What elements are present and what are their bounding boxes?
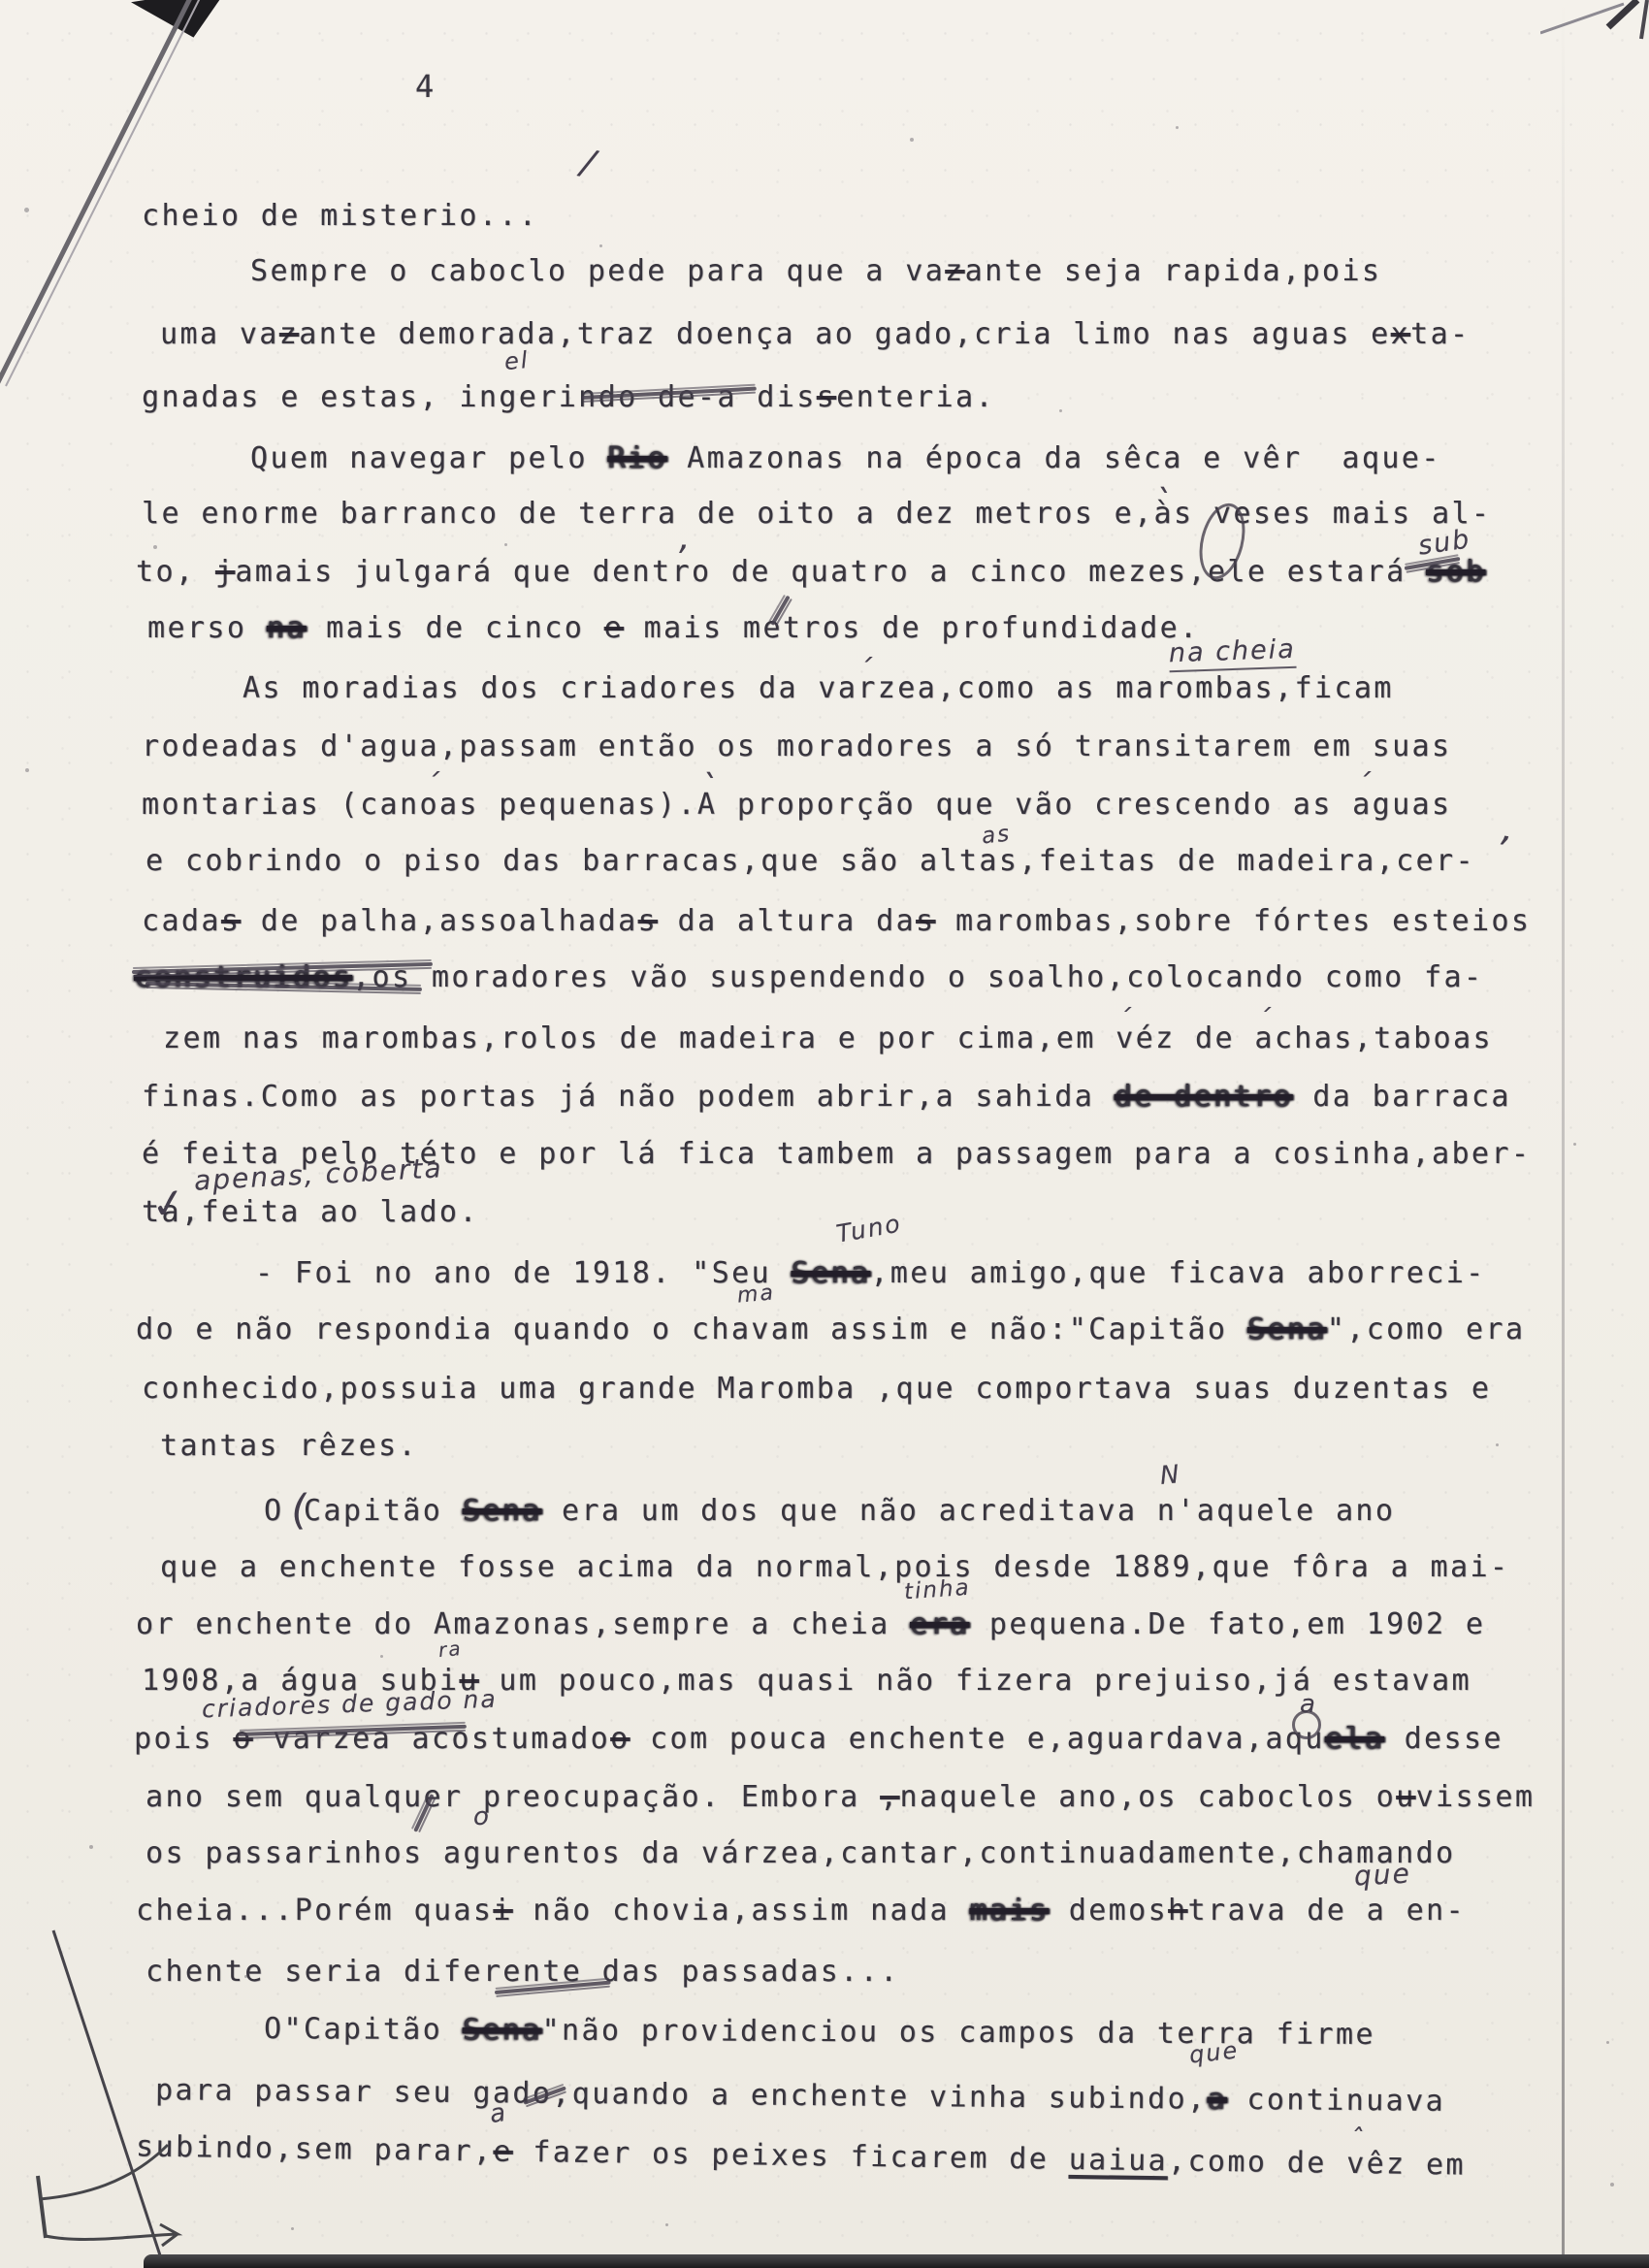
pen-scribble-mark [239,1725,467,1736]
pen-scribble-mark [523,2086,566,2104]
scan-edge-bottom-bar [144,2254,1649,2268]
paper-speck [25,768,29,772]
pen-scribble-bottom-left [15,2139,218,2265]
scanned-document-page: 4 cheio de misterio...Sempre o caboclo p… [0,0,1649,2268]
pen-scribble-mark [132,962,433,974]
pen-scribble-mark [770,596,790,626]
paper-speck [599,244,602,247]
page-fold-line-right [1562,0,1565,2268]
paper-speck [665,2223,668,2226]
paper-speck [89,1845,93,1849]
pen-marks-layer [0,0,1649,2268]
paper-speck [1610,2183,1614,2187]
pen-loop-mark [1192,499,1252,584]
pen-scribble-mark [495,1981,611,1994]
paper-speck [380,1655,383,1658]
paper-speck [1496,1443,1499,1446]
pen-scribble-mark [582,387,757,400]
pen-scribble-mark [145,982,422,991]
scan-streak-top-right [1540,0,1649,58]
paper-speck [1606,2041,1609,2044]
paper-speck [1059,409,1062,412]
paper-speck [504,543,507,546]
paper-speck [1176,126,1179,129]
scan-diagonal-crease [0,0,233,411]
paper-speck [244,1975,247,1978]
pen-loop-mark [1292,1710,1321,1739]
paper-speck [910,138,914,142]
pen-scribble-mark [413,1794,434,1832]
paper-speck [153,545,157,549]
pen-scribble-mark [1405,557,1461,570]
paper-speck [1573,1143,1576,1146]
paper-speck [1147,811,1149,814]
paper-speck [291,2227,294,2230]
